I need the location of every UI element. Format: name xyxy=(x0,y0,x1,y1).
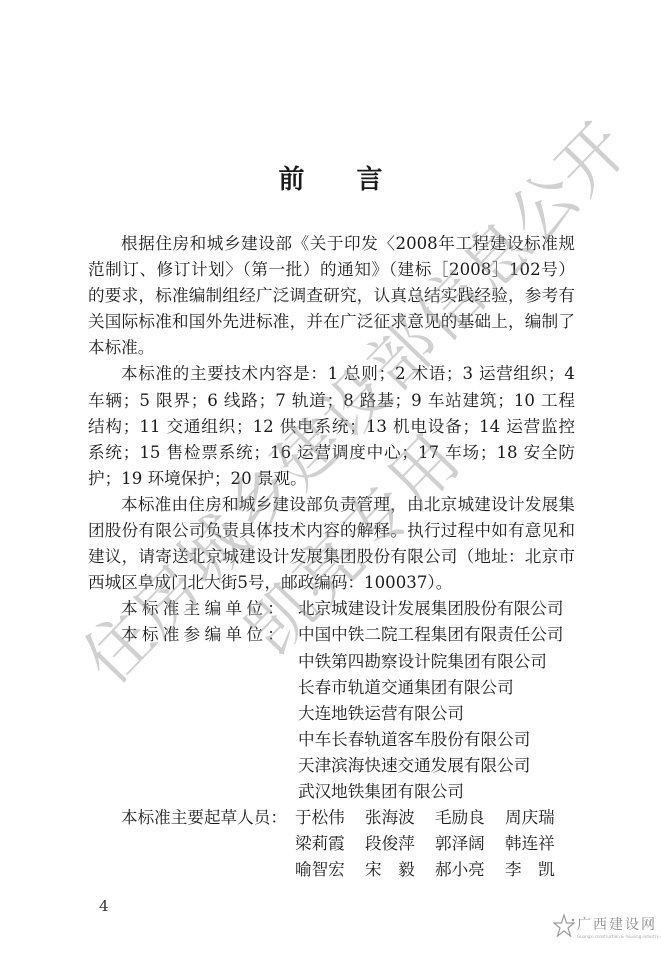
chief-editor-row: 本标准主编单位： 北京城建设计发展集团股份有限公司 xyxy=(88,596,575,622)
drafter-name: 喻智宏 xyxy=(295,857,365,883)
participating-unit: 长春市轨道交通集团有限公司 xyxy=(298,675,575,701)
document-body: 根据住房和城乡建设部《关于印发〈2008年工程建设标准规范制订、修订计划〉（第一… xyxy=(88,231,575,883)
drafter-name: 李 凯 xyxy=(505,857,575,883)
drafter-name: 毛励良 xyxy=(435,805,505,831)
chief-editor-unit: 北京城建设计发展集团股份有限公司 xyxy=(298,596,575,622)
title-char-2: 言 xyxy=(357,160,383,200)
drafter-name: 韩连祥 xyxy=(505,831,575,857)
participating-unit: 中国中铁二院工程集团有限责任公司 xyxy=(298,622,575,648)
participating-editors-units: 中国中铁二院工程集团有限责任公司 中铁第四勘察设计院集团有限公司 长春市轨道交通… xyxy=(298,622,575,805)
drafter-name: 郝小亮 xyxy=(435,857,505,883)
participating-unit: 天津滨海快速交通发展有限公司 xyxy=(298,753,575,779)
drafters-label: 本标准主要起草人员： xyxy=(88,805,295,883)
page-title: 前言 xyxy=(0,160,661,200)
page-number: 4 xyxy=(99,897,109,915)
drafter-name: 梁莉霞 xyxy=(295,831,365,857)
drafter-name: 郭泽阔 xyxy=(435,831,505,857)
drafters-row: 本标准主要起草人员： 于松伟 张海波 毛励良 周庆瑞 梁莉霞 段俊萍 郭泽阔 韩… xyxy=(88,805,575,883)
participating-unit: 武汉地铁集团有限公司 xyxy=(298,779,575,805)
title-char-1: 前 xyxy=(278,160,304,200)
participating-unit: 中铁第四勘察设计院集团有限公司 xyxy=(298,649,575,675)
drafters-names: 于松伟 张海波 毛励良 周庆瑞 梁莉霞 段俊萍 郭泽阔 韩连祥 喻智宏 宋 毅 … xyxy=(295,805,575,883)
paragraph-management: 本标准由住房和城乡建设部负责管理，由北京城建设计发展集团股份有限公司负责具体技术… xyxy=(88,492,575,596)
paragraph-basis: 根据住房和城乡建设部《关于印发〈2008年工程建设标准规范制订、修订计划〉（第一… xyxy=(88,231,575,361)
site-logo: 广西建设网 Guangxi construction & housing ind… xyxy=(553,912,658,952)
participating-unit: 大连地铁运营有限公司 xyxy=(298,701,575,727)
chief-editor-units: 北京城建设计发展集团股份有限公司 xyxy=(298,596,575,622)
paragraph-contents: 本标准的主要技术内容是：1 总则；2 术语；3 运营组织；4 车辆；5 限界；6… xyxy=(88,361,575,491)
participating-editors-label: 本标准参编单位： xyxy=(88,622,298,805)
drafter-name: 宋 毅 xyxy=(365,857,435,883)
drafter-name: 段俊萍 xyxy=(365,831,435,857)
drafter-name: 张海波 xyxy=(365,805,435,831)
logo-subtitle: Guangxi construction & housing industry … xyxy=(577,934,661,939)
drafter-name: 周庆瑞 xyxy=(505,805,575,831)
participating-unit: 中车长春轨道客车股份有限公司 xyxy=(298,727,575,753)
document-page: 前言 根据住房和城乡建设部《关于印发〈2008年工程建设标准规范制订、修订计划〉… xyxy=(0,0,661,958)
star-logo-icon xyxy=(553,914,575,940)
drafter-name: 于松伟 xyxy=(295,805,365,831)
logo-name: 广西建设网 xyxy=(577,914,657,934)
chief-editor-label: 本标准主编单位： xyxy=(88,596,298,622)
participating-editors-row: 本标准参编单位： 中国中铁二院工程集团有限责任公司 中铁第四勘察设计院集团有限公… xyxy=(88,622,575,805)
